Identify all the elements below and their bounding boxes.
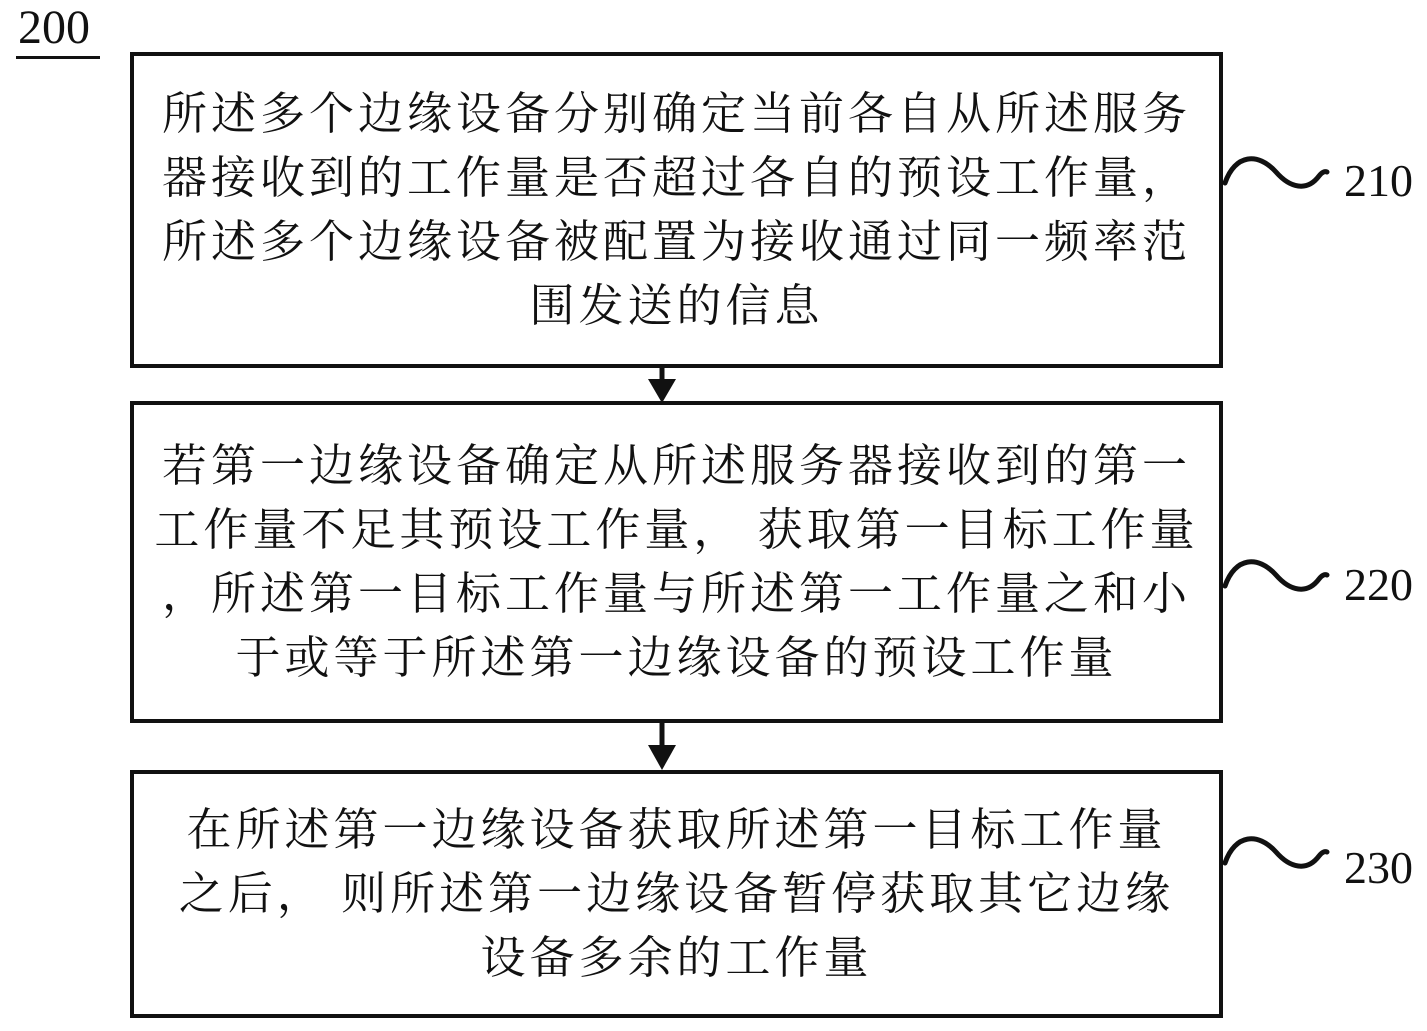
figure-number-label: 200 bbox=[16, 4, 100, 59]
ref-number-210: 210 bbox=[1344, 158, 1413, 204]
step-text-line: 之后， 则所述第一边缘设备暂停获取其它边缘 bbox=[134, 862, 1219, 926]
arrow-down-icon bbox=[645, 723, 679, 770]
ref-number-220: 220 bbox=[1344, 562, 1413, 608]
flow-step-box-230: 在所述第一边缘设备获取所述第一目标工作量 之后， 则所述第一边缘设备暂停获取其它… bbox=[130, 770, 1223, 1018]
step-text-line: 器接收到的工作量是否超过各自的预设工作量， bbox=[134, 146, 1219, 210]
arrow-down-icon bbox=[645, 368, 679, 403]
step-text-line: 所述多个边缘设备被配置为接收通过同一频率范 bbox=[134, 210, 1219, 274]
step-text-line: 围发送的信息 bbox=[134, 274, 1219, 338]
patent-flowchart-figure: 200 所述多个边缘设备分别确定当前各自从所述服务 器接收到的工作量是否超过各自… bbox=[0, 0, 1427, 1031]
step-text-line: 于或等于所述第一边缘设备的预设工作量 bbox=[134, 626, 1219, 690]
ref-number-230: 230 bbox=[1344, 845, 1413, 891]
step-text-line: 在所述第一边缘设备获取所述第一目标工作量 bbox=[134, 798, 1219, 862]
flow-step-box-210: 所述多个边缘设备分别确定当前各自从所述服务 器接收到的工作量是否超过各自的预设工… bbox=[130, 52, 1223, 368]
step-text-line: 所述多个边缘设备分别确定当前各自从所述服务 bbox=[134, 82, 1219, 146]
tilde-connector-icon bbox=[1222, 553, 1332, 603]
flow-step-box-220: 若第一边缘设备确定从所述服务器接收到的第一 工作量不足其预设工作量， 获取第一目… bbox=[130, 401, 1223, 723]
step-text-line: 工作量不足其预设工作量， 获取第一目标工作量 bbox=[134, 498, 1219, 562]
tilde-connector-icon bbox=[1222, 150, 1332, 200]
tilde-connector-icon bbox=[1222, 830, 1332, 880]
step-text-line: 设备多余的工作量 bbox=[134, 926, 1219, 990]
step-text-line: ，所述第一目标工作量与所述第一工作量之和小 bbox=[134, 562, 1219, 626]
step-text-line: 若第一边缘设备确定从所述服务器接收到的第一 bbox=[134, 434, 1219, 498]
